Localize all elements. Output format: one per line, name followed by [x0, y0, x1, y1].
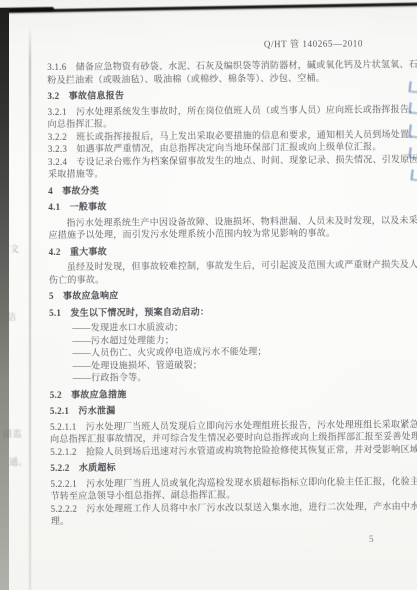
bleedthrough-text: 通。 — [9, 455, 27, 468]
section-heading: 5.2.1 污水泄漏 — [50, 402, 408, 417]
section-heading: 5.1 发生以下情况时，预案自动启动： — [49, 304, 407, 319]
scanned-page: Q/HT 管 140265—2010 3.1.6 储备应急物资有砂袋、水泥、石灰… — [0, 0, 417, 590]
paragraph-line: 粉及拦油索（或吸油毡）、吸油棉（或棉纱、棉条等）、沙包、空桶。 — [47, 71, 405, 86]
section-heading: 4.1 一般事故 — [48, 198, 406, 213]
ink-stroke — [410, 169, 417, 181]
bleedthrough-text: 图监 — [3, 427, 23, 440]
bleedthrough-text: 文 — [10, 242, 19, 255]
blue-ink-marks — [404, 82, 417, 194]
bleedthrough-text: 估 — [7, 310, 16, 323]
section-heading: 4.2 重大事故 — [49, 243, 407, 258]
paragraph-line: 5.2.1.2 抢险人员到场后迅速对污水管道或构筑物抢险抢修使其恢复正常，并对受… — [50, 443, 408, 458]
scan-edge-top — [0, 2, 417, 13]
document-page: Q/HT 管 140265—2010 3.1.6 储备应急物资有砂袋、水泥、石灰… — [47, 37, 409, 527]
document-lines: 3.1.6 储备应急物资有砂袋、水泥、石灰及编织袋等消防器材，碱或氧化钙及片状氢… — [47, 58, 409, 527]
ink-stroke — [408, 102, 417, 114]
section-heading: 5.2 事故应急措施 — [50, 386, 408, 401]
ink-stroke — [408, 124, 417, 138]
section-heading: 3.2 事故信息报告 — [47, 87, 405, 102]
scan-edge-left — [0, 8, 9, 590]
page-fold-line — [29, 26, 31, 590]
paragraph-line: 应措施予以处理，而引发污水处理系统小范围内较为常见影响的事故。 — [48, 226, 406, 241]
ink-stroke — [408, 81, 417, 93]
list-item: ——行政指令等。 — [50, 369, 408, 384]
standard-code: Q/HT 管 140265—2010 — [47, 37, 405, 53]
page-number: 5 — [369, 534, 374, 544]
ink-stroke — [408, 147, 417, 159]
section-heading: 4 事故分类 — [48, 182, 406, 197]
paragraph-line: 伤亡的事故。 — [49, 271, 407, 286]
paragraph-line: 采取措施等。 — [48, 165, 406, 180]
section-heading: 5 事故应急响应 — [49, 287, 407, 302]
section-heading: 5.2.2 水质超标 — [50, 459, 408, 474]
